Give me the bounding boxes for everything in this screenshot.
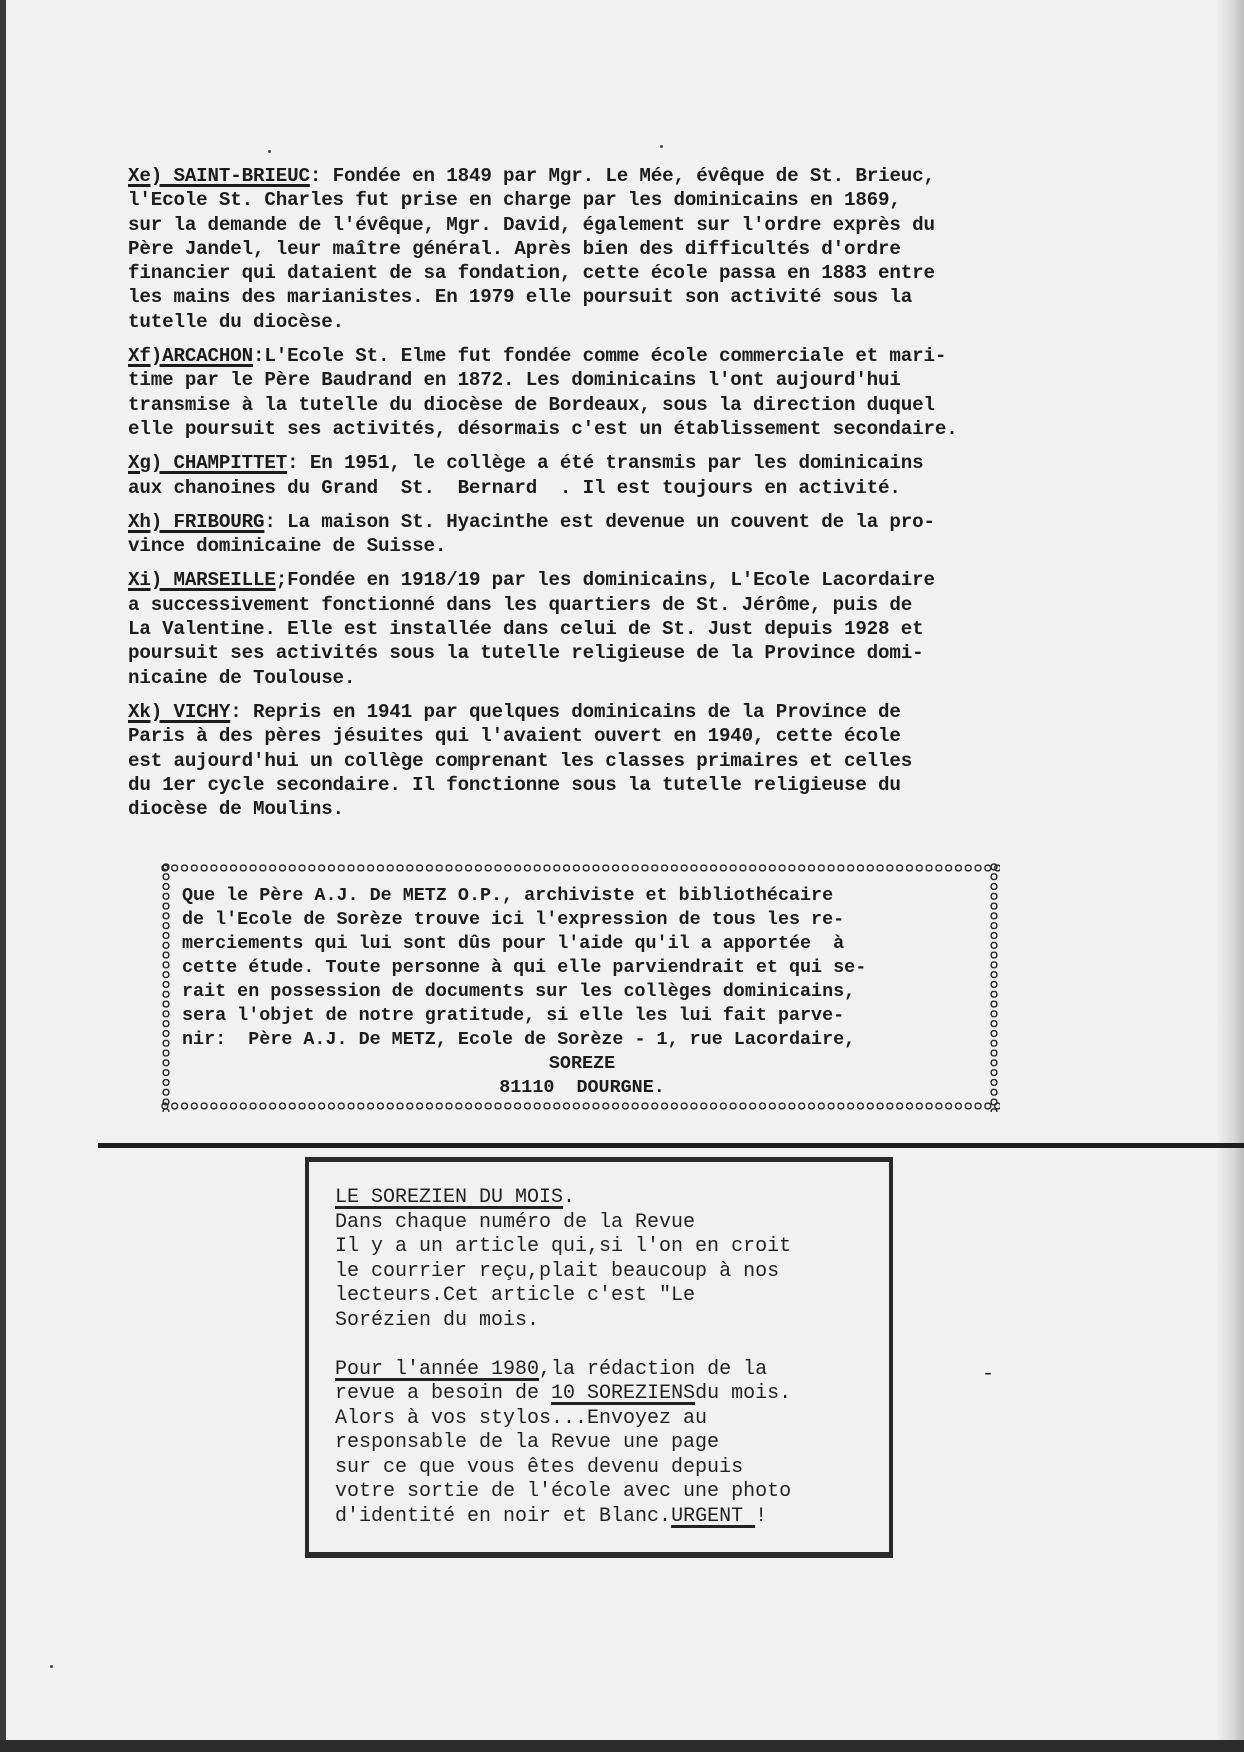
scan-edge-right <box>1218 0 1244 1752</box>
section-divider-line <box>98 1143 1244 1148</box>
section-marseille: Xi) MARSEILLE;Fondée en 1918/19 par les … <box>128 568 1078 689</box>
scan-speck <box>268 150 271 153</box>
section-heading: Xe) SAINT-BRIEUC <box>128 165 310 187</box>
section-text: Repris en 1941 par quelques dominicains … <box>128 701 912 820</box>
section-champittet: Xg) CHAMPITTET: En 1951, le collège a ét… <box>128 451 1078 500</box>
scan-speck <box>660 145 663 148</box>
dotted-border-bottom <box>160 1100 1000 1112</box>
acknowledgement-box: Que le Père A.J. De METZ O.P., archivist… <box>160 862 1000 1112</box>
address-postal: 81110 DOURGNE. <box>182 1076 982 1100</box>
section-text: Fondée en 1849 par Mgr. Le Mée, évêque d… <box>128 165 935 333</box>
section-heading: Xg) CHAMPITTET <box>128 452 287 474</box>
box-paragraph-1: Dans chaque numéro de la Revue Il y a un… <box>335 1211 791 1332</box>
section-vichy: Xk) VICHY: Repris en 1941 par quelques d… <box>128 700 1078 821</box>
section-heading: Xk) VICHY <box>128 701 230 723</box>
section-arcachon: Xf)ARCACHON:L'Ecole St. Elme fut fondée … <box>128 344 1078 441</box>
scan-edge-bottom <box>0 1740 1244 1752</box>
margin-dash: - <box>982 1363 994 1386</box>
dotted-border-left <box>160 862 172 1112</box>
sorezien-text: LE SOREZIEN DU MOIS. Dans chaque numéro … <box>335 1186 880 1529</box>
scan-edge-left <box>0 0 6 1752</box>
dotted-border-top <box>160 862 1000 874</box>
scan-speck <box>50 1665 53 1668</box>
dotted-border-right <box>988 862 1000 1112</box>
section-heading: Xh) FRIBOURG <box>128 511 264 533</box>
article-body: Xe) SAINT-BRIEUC: Fondée en 1849 par Mgr… <box>128 164 1078 831</box>
address-city: SOREZE <box>182 1052 982 1076</box>
section-heading: Xi) MARSEILLE <box>128 569 276 591</box>
section-saint-brieuc: Xe) SAINT-BRIEUC: Fondée en 1849 par Mgr… <box>128 164 1078 334</box>
section-fribourg: Xh) FRIBOURG: La maison St. Hyacinthe es… <box>128 510 1078 559</box>
acknowledgement-text: Que le Père A.J. De METZ O.P., archivist… <box>182 884 982 1100</box>
section-heading: Xf)ARCACHON <box>128 345 253 367</box>
sorezien-du-mois-box: LE SOREZIEN DU MOIS. Dans chaque numéro … <box>305 1157 893 1558</box>
box-title: LE SOREZIEN DU MOIS <box>335 1186 563 1209</box>
